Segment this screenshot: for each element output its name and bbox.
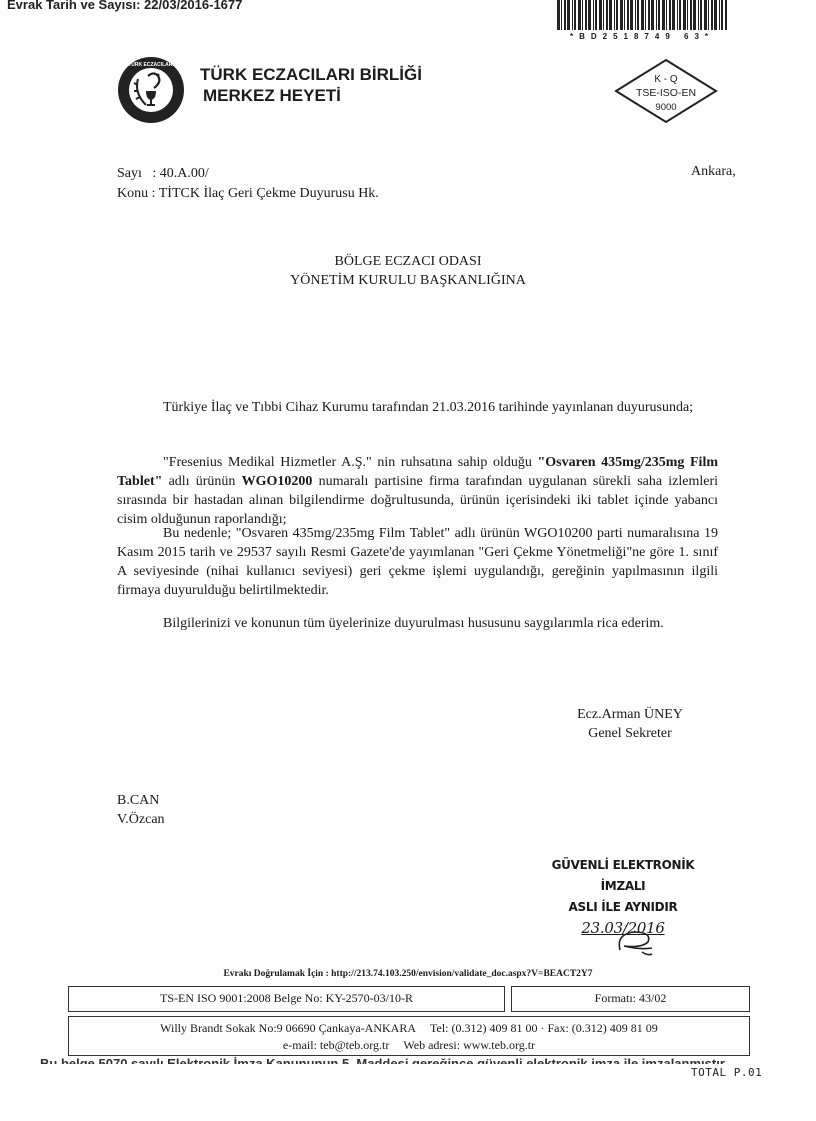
place-label: Ankara, <box>691 164 736 180</box>
sayi-number: Sayı : 40.A.00/ <box>117 164 379 184</box>
recipient-line-2: YÖNETİM KURULU BAŞKANLIĞINA <box>0 271 816 290</box>
barcode-number: *BD2518749 63* <box>557 32 727 41</box>
phone-fax: Tel: (0.312) 409 81 00 · Fax: (0.312) 40… <box>430 1021 658 1035</box>
stamp-line-2: ASLI İLE AYNIDIR <box>538 897 708 918</box>
initials-1: B.CAN <box>117 791 165 810</box>
recipient-address: BÖLGE ECZACI ODASI YÖNETİM KURULU BAŞKAN… <box>0 252 816 290</box>
esign-notice: Bu belge 5070 sayılı Elektronik İmza Kan… <box>40 1055 728 1064</box>
stamp-line-1: GÜVENLİ ELEKTRONİK İMZALI <box>538 855 708 897</box>
fax-page-total: TOTAL P.01 <box>691 1066 762 1079</box>
certified-copy-stamp: GÜVENLİ ELEKTRONİK İMZALI ASLI İLE AYNID… <box>538 855 708 939</box>
signer-block: Ecz.Arman ÜNEY Genel Sekreter <box>540 705 720 743</box>
iso-certificate-box: TS-EN ISO 9001:2008 Belge No: KY-2570-03… <box>68 986 505 1012</box>
web-address[interactable]: Web adresi: www.teb.org.tr <box>403 1038 535 1052</box>
signer-name: Ecz.Arman ÜNEY <box>540 705 720 724</box>
body-paragraph-4: Bilgilerinizi ve konunun tüm üyelerinize… <box>117 614 718 633</box>
preparer-initials: B.CAN V.Özcan <box>117 791 165 829</box>
organization-name: TÜRK ECZACILARI BİRLİĞİ MERKEZ HEYETİ <box>200 64 422 106</box>
svg-text:TSE-ISO-EN: TSE-ISO-EN <box>636 87 696 99</box>
verification-link[interactable]: Evrakı Doğrulamak İçin : http://213.74.1… <box>0 969 816 979</box>
email[interactable]: e-mail: teb@teb.org.tr <box>283 1038 389 1052</box>
batch-number: WGO10200 <box>242 474 313 489</box>
tse-certification-mark-icon: K - Q TSE-ISO-EN 9000 <box>613 58 719 124</box>
body-paragraph-1: Türkiye İlaç ve Tıbbi Cihaz Kurumu taraf… <box>117 398 718 417</box>
organization-line-2: MERKEZ HEYETİ <box>200 85 422 106</box>
address: Willy Brandt Sokak No:9 06690 Çankaya-AN… <box>160 1021 416 1035</box>
svg-text:9000: 9000 <box>655 102 676 113</box>
teb-logo-icon: TÜRK ECZACILARI <box>116 55 186 125</box>
document-reference: Evrak Tarih ve Sayısı: 22/03/2016-1677 <box>7 0 242 12</box>
paragraph-text: adlı ürünün <box>162 474 241 489</box>
recipient-line-1: BÖLGE ECZACI ODASI <box>0 252 816 271</box>
organization-line-1: TÜRK ECZACILARI BİRLİĞİ <box>200 64 422 85</box>
format-box: Formatı: 43/02 <box>511 986 750 1012</box>
body-paragraph-3: Bu nedenle; "Osvaren 435mg/235mg Film Ta… <box>117 524 718 600</box>
barcode <box>557 0 727 30</box>
konu-subject: Konu : TİTCK İlaç Geri Çekme Duyurusu Hk… <box>117 184 379 204</box>
address-box: Willy Brandt Sokak No:9 06690 Çankaya-AN… <box>68 1016 750 1056</box>
body-paragraph-2: "Fresenius Medikal Hizmetler A.Ş." nin r… <box>117 453 718 529</box>
svg-text:TÜRK ECZACILARI: TÜRK ECZACILARI <box>128 61 174 68</box>
initials-2: V.Özcan <box>117 810 165 829</box>
svg-text:K - Q: K - Q <box>654 74 678 85</box>
signer-title: Genel Sekreter <box>540 724 720 743</box>
paragraph-text: "Fresenius Medikal Hizmetler A.Ş." nin r… <box>163 455 537 470</box>
handwritten-signature-icon <box>612 928 662 958</box>
subject-block: Sayı : 40.A.00/ Konu : TİTCK İlaç Geri Ç… <box>117 164 379 204</box>
